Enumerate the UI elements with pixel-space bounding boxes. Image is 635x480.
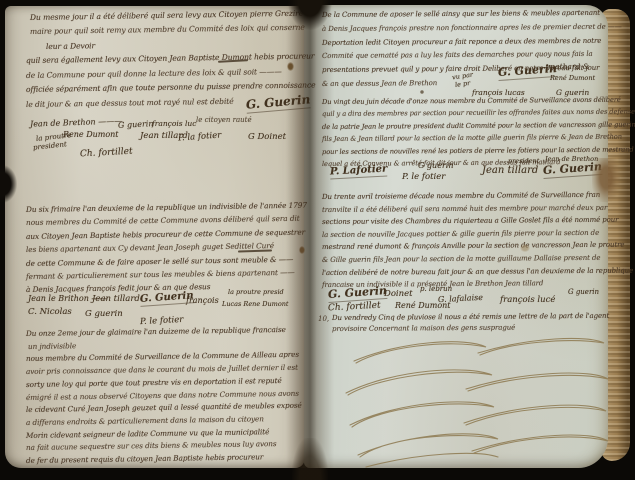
ink-stain bbox=[592, 158, 620, 202]
signature: Jean tillard bbox=[482, 165, 538, 176]
signature: françois lucé bbox=[500, 295, 555, 305]
signature: la proutre presid bbox=[228, 288, 284, 296]
signature: G guerin bbox=[568, 288, 599, 296]
pen-flourish bbox=[464, 405, 606, 425]
signature: françois lucas bbox=[472, 88, 525, 97]
signature: françois luc bbox=[152, 119, 196, 128]
pen-flourish bbox=[354, 342, 486, 363]
pen-flourish bbox=[350, 402, 494, 427]
signature: G Doinet bbox=[248, 132, 286, 142]
signature: G guerin bbox=[418, 161, 453, 170]
pen-flourishes bbox=[336, 333, 614, 471]
margin-note: 10, bbox=[318, 315, 329, 323]
foxing-spot bbox=[420, 90, 424, 94]
paragraph-block: Du onze 2eme jour de glaimaire l'an duiz… bbox=[26, 328, 302, 468]
signature: C. Nicolas bbox=[28, 307, 72, 317]
signature: G guerin bbox=[85, 309, 123, 319]
signature: René Dumont bbox=[395, 301, 451, 310]
signature: president bbox=[508, 157, 539, 165]
signature: françois bbox=[186, 296, 219, 305]
signature: G guerin bbox=[556, 88, 589, 97]
edge-tear bbox=[0, 165, 17, 203]
signature: René Dumont bbox=[550, 74, 595, 82]
signature: Jean tillard bbox=[92, 294, 140, 304]
pen-flourish bbox=[466, 373, 608, 391]
pen-flourish bbox=[478, 338, 604, 355]
signature: mathard & bbox=[548, 62, 589, 71]
signature: le citoyen rauté bbox=[196, 116, 252, 124]
pen-flourish bbox=[366, 453, 498, 467]
foxing-spot bbox=[520, 244, 530, 252]
signature: G guerin bbox=[118, 119, 154, 130]
paragraph-block: Du trente avril troisieme décade nous me… bbox=[322, 191, 633, 292]
signature: Doinet bbox=[384, 289, 413, 299]
signature: P. le fotier bbox=[402, 172, 445, 182]
manuscript-scan: Du mesme jour il a été déliberé quil ser… bbox=[0, 0, 635, 480]
pen-flourish bbox=[346, 370, 492, 395]
foxing-spot bbox=[299, 246, 305, 254]
signature: Lucas Rene Dumont bbox=[222, 300, 289, 308]
paragraph-block: Du mesme jour il a été déliberé quil ser… bbox=[30, 11, 305, 54]
signature: Rene Dumont bbox=[63, 130, 119, 139]
foxing-spot bbox=[287, 62, 294, 71]
signature: p. lebrun bbox=[420, 285, 452, 293]
paragraph-block: Du vendredy Cinq de pluviose il nous a é… bbox=[332, 313, 609, 335]
